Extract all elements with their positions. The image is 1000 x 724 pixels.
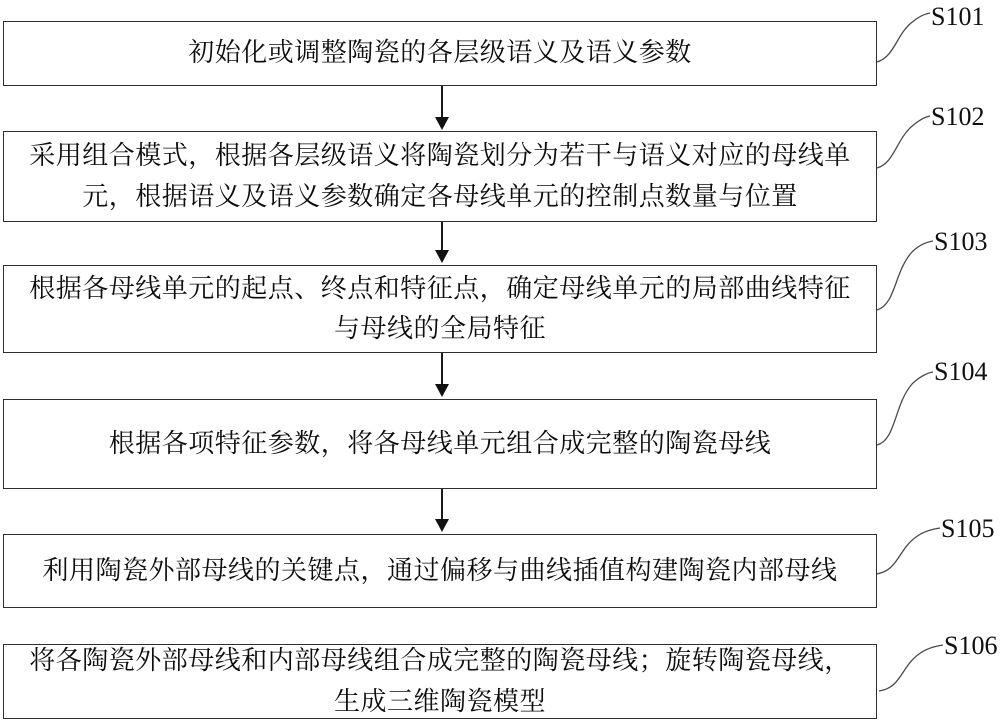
step-text-s106: 将各陶瓷外部母线和内部母线组合成完整的陶瓷母线；旋转陶瓷母线，生成三维陶瓷模型 [23,641,857,722]
arrow-shaft [441,222,443,251]
arrow-head-icon [435,519,449,532]
step-label-s105: S105 [941,514,994,544]
step-text-s104: 根据各项特征参数，将各母线单元组合成完整的陶瓷母线 [109,424,772,464]
arrow-shaft [441,489,443,520]
leader-line-s106 [879,645,943,691]
step-label-s106: S106 [944,631,997,661]
flowchart-figure: 初始化或调整陶瓷的各层级语义及语义参数 采用组合模式，根据各层级语义将陶瓷划分为… [0,0,1000,724]
step-text-s103: 根据各母线单元的起点、终点和特征点，确定母线单元的局部曲线特征与母线的全局特征 [23,269,857,350]
leader-line-s105 [876,528,940,574]
step-text-s102: 采用组合模式，根据各层级语义将陶瓷划分为若干与语义对应的母线单元，根据语义及语义… [23,136,857,217]
arrow-head-icon [435,250,449,263]
step-label-s104: S104 [934,357,987,387]
arrow-shaft [441,353,443,385]
step-text-s101: 初始化或调整陶瓷的各层级语义及语义参数 [188,33,692,73]
arrow-head-icon [435,384,449,397]
arrow-shaft [441,86,443,118]
leader-lines-layer [0,0,1000,724]
step-box-s102: 采用组合模式，根据各层级语义将陶瓷划分为若干与语义对应的母线单元，根据语义及语义… [3,131,877,222]
leader-line-s104 [877,372,933,445]
step-label-s103: S103 [934,227,987,257]
step-box-s101: 初始化或调整陶瓷的各层级语义及语义参数 [3,21,877,86]
step-box-s103: 根据各母线单元的起点、终点和特征点，确定母线单元的局部曲线特征与母线的全局特征 [3,265,877,353]
step-box-s104: 根据各项特征参数，将各母线单元组合成完整的陶瓷母线 [3,399,877,489]
step-box-s106: 将各陶瓷外部母线和内部母线组合成完整的陶瓷母线；旋转陶瓷母线，生成三维陶瓷模型 [3,644,877,719]
step-label-s102: S102 [931,102,984,132]
leader-line-s103 [877,241,933,310]
step-text-s105: 利用陶瓷外部母线的关键点，通过偏移与曲线插值构建陶瓷内部母线 [42,551,837,591]
leader-line-s102 [877,116,930,168]
step-box-s105: 利用陶瓷外部母线的关键点，通过偏移与曲线插值构建陶瓷内部母线 [3,534,877,608]
arrow-head-icon [435,117,449,130]
step-label-s101: S101 [931,2,984,32]
leader-line-s101 [877,13,930,62]
